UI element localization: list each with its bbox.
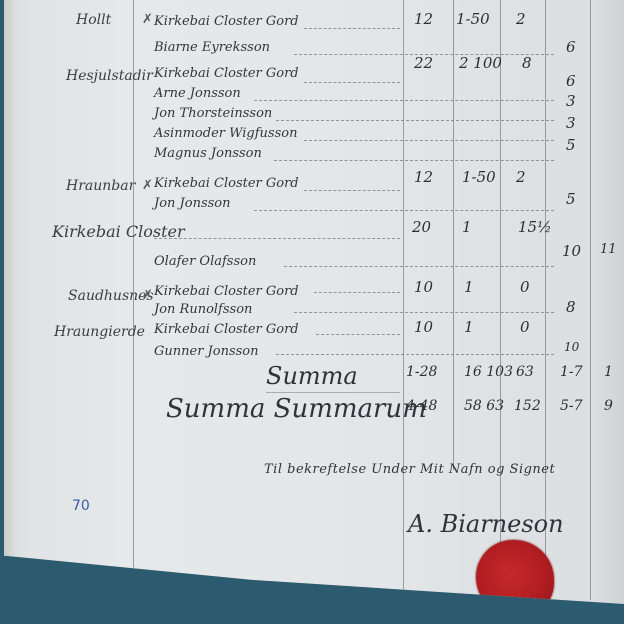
place-name: Hesjulstadir — [66, 68, 153, 84]
ditto-dash — [304, 190, 400, 191]
ditto-dash — [284, 266, 554, 267]
entry-name: Kirkebai Closter Gord — [154, 14, 299, 29]
value-col4: 5 — [566, 136, 576, 154]
ditto-dash — [304, 82, 400, 83]
value-col3: 2 — [516, 10, 526, 28]
place-name: Hraunbar — [66, 178, 135, 194]
ditto-dash — [274, 160, 554, 161]
summa-col2: 16 103 — [464, 364, 513, 380]
value-col2: 1-50 — [462, 168, 496, 186]
value-col1: 10 — [414, 318, 433, 336]
ditto-dash — [276, 354, 554, 355]
summarum-col2: 58 63 — [464, 398, 504, 414]
summarum-col3: 152 — [514, 398, 541, 414]
summa-underline — [266, 392, 400, 393]
page-edge — [4, 0, 16, 600]
value-col2: 1 — [462, 218, 472, 236]
ditto-dash — [316, 334, 400, 335]
entry-name: Kirkebai Closter Gord — [154, 176, 299, 191]
entry-name: Arne Jonsson — [154, 86, 241, 101]
value-col3: 0 — [520, 318, 530, 336]
closing-text: Til bekreftelse Under Mit Nafn og Signet — [264, 462, 555, 477]
column-rule-1 — [403, 0, 404, 600]
ledger-page: Hollt ✗ Kirkebai Closter Gord 12 1-50 2 … — [4, 0, 624, 604]
summa-col3: 63 — [516, 364, 534, 380]
value-col4: 3 — [566, 114, 576, 132]
value-col1: 12 — [414, 10, 433, 28]
summa-col5: 1 — [604, 364, 613, 380]
place-name: Saudhusnes — [68, 288, 154, 304]
entry-name: Jon Jonsson — [154, 196, 231, 211]
ditto-dash — [294, 312, 554, 313]
value-col4: 6 — [566, 72, 576, 90]
entry-name: Kirkebai Closter Gord — [154, 322, 299, 337]
ditto-dash — [254, 100, 554, 101]
ditto-dash — [304, 28, 400, 29]
summarum-col1: 4-48 — [406, 398, 437, 414]
value-col3: 0 — [520, 278, 530, 296]
summarum-col4: 5-7 — [560, 398, 583, 414]
ditto-dash — [304, 140, 554, 141]
value-col4: 8 — [566, 298, 576, 316]
value-col1: 10 — [414, 278, 433, 296]
place-name: Hraungierde — [54, 324, 145, 340]
summa-col4: 1-7 — [560, 364, 583, 380]
ditto-dash — [276, 120, 554, 121]
value-col2: 1-50 — [456, 10, 490, 28]
value-col1: 22 — [414, 54, 433, 72]
value-col1: 20 — [412, 218, 431, 236]
check-mark-icon: ✗ — [142, 288, 153, 303]
value-col3: 2 — [516, 168, 526, 186]
summa-summarum-label: Summa Summarum — [166, 394, 427, 424]
check-mark-icon: ✗ — [142, 12, 153, 27]
entry-name: Kirkebai Closter Gord — [154, 284, 299, 299]
page-number: 70 — [72, 498, 90, 514]
column-rule-2 — [453, 0, 454, 470]
ditto-dash — [154, 238, 400, 239]
entry-name: Jon Thorsteinsson — [154, 106, 272, 121]
value-col3: 15½ — [518, 218, 552, 236]
entry-name: Gunner Jonsson — [154, 344, 259, 359]
entry-name: Olafer Olafsson — [154, 254, 256, 269]
entry-name: Biarne Eyreksson — [154, 40, 270, 55]
ditto-dash — [314, 292, 400, 293]
value-col2: 2 100 — [459, 54, 502, 72]
column-rule-5 — [590, 0, 591, 600]
summarum-col5: 9 — [604, 398, 613, 414]
value-col1: 12 — [414, 168, 433, 186]
value-col2: 1 — [464, 318, 474, 336]
value-col4: 10 — [562, 242, 581, 260]
value-col3: 8 — [522, 54, 532, 72]
entry-name: Kirkebai Closter Gord — [154, 66, 299, 81]
signature: A. Biarneson — [408, 510, 564, 538]
value-col4: 5 — [566, 190, 576, 208]
wax-seal-icon — [476, 540, 554, 618]
place-name: Hollt — [76, 12, 111, 28]
value-col4: 10 — [564, 340, 579, 354]
value-col5: 11 — [600, 242, 617, 257]
value-col4: 6 — [566, 38, 576, 56]
entry-name: Asinmoder Wigfusson — [154, 126, 297, 141]
value-col4: 3 — [566, 92, 576, 110]
value-col2: 1 — [464, 278, 474, 296]
summa-label: Summa — [266, 362, 358, 390]
ditto-dash — [254, 210, 554, 211]
summa-col1: 1-28 — [406, 364, 437, 380]
entry-name: Jon Runolfsson — [154, 302, 252, 317]
check-mark-icon: ✗ — [142, 178, 153, 193]
entry-name: Magnus Jonsson — [154, 146, 262, 161]
